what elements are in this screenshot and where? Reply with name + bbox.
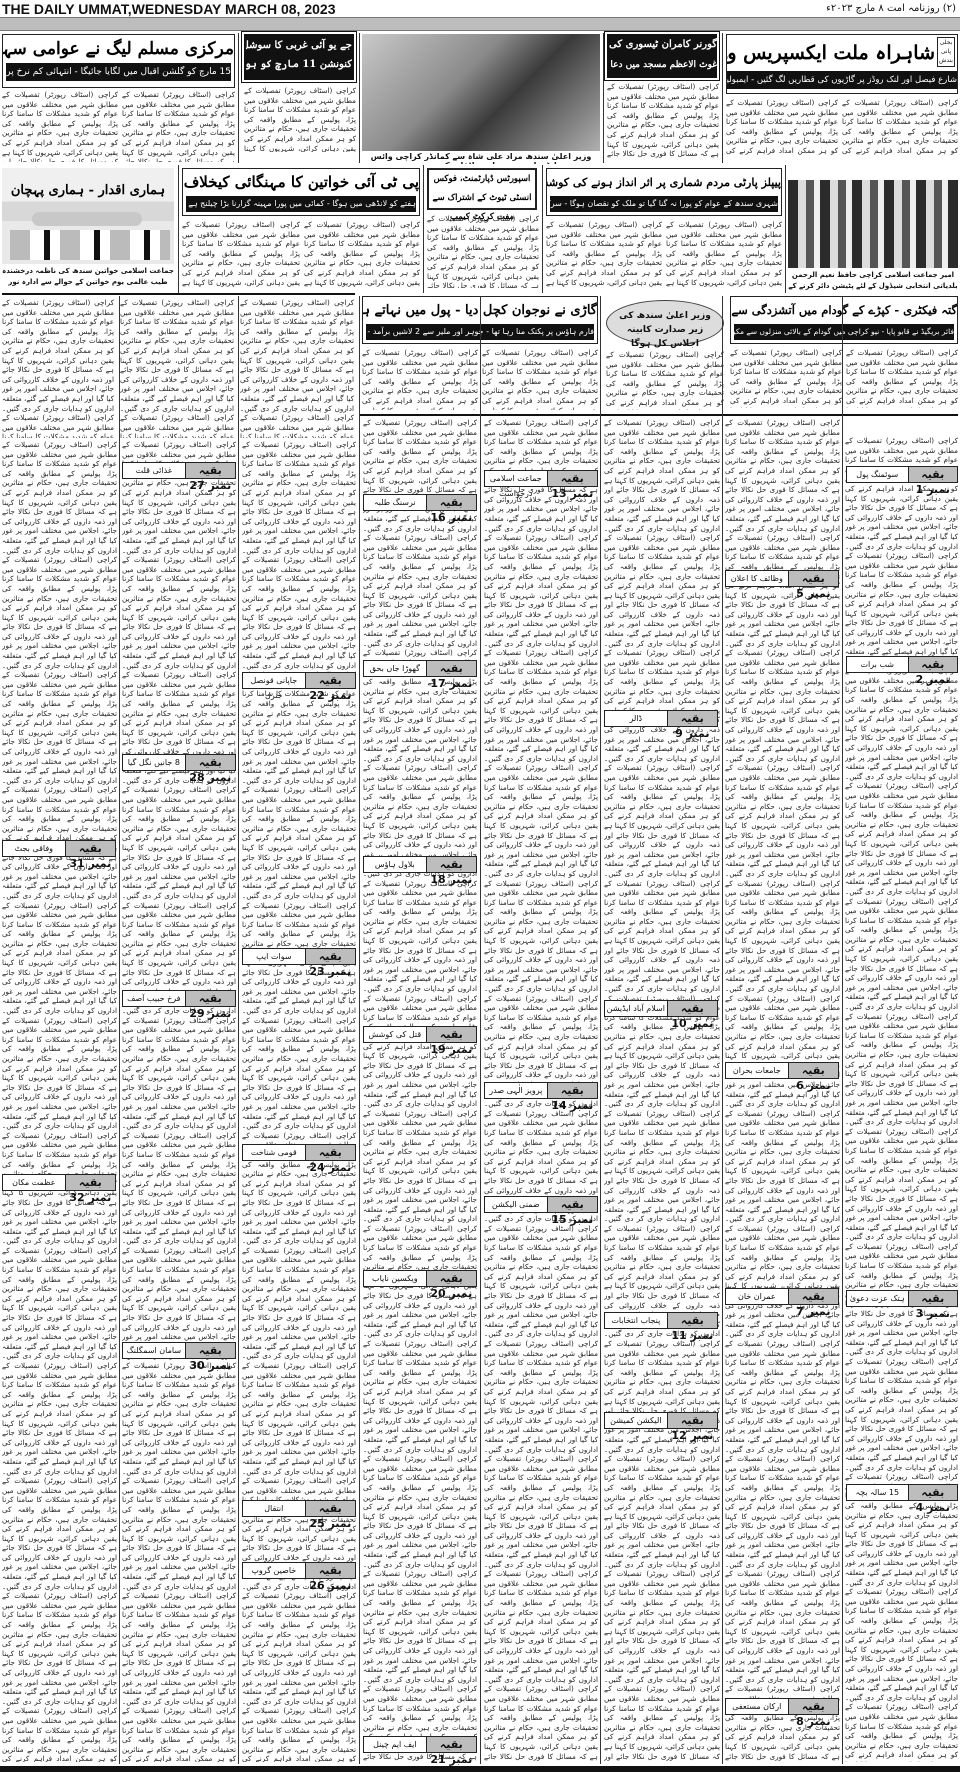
col8-body: کراچی (اسٹاف رپورٹر) تفصیلات کے مطابق شہ… bbox=[845, 436, 958, 1762]
continuation-box-2: بقیہ نمبر 2شب برات bbox=[846, 656, 958, 673]
continuation-box-19: بقیہ نمبر 19قتل کی کوشش bbox=[363, 1026, 477, 1043]
subhead-bar: شہری سندھ کے عوام کو پورا نہ گنا گیا تو … bbox=[550, 196, 778, 212]
story-sports-body: کراچی (اسٹاف رپورٹر) تفصیلات کے مطابق شہ… bbox=[427, 214, 539, 288]
story-governor-body: کراچی (اسٹاف رپورٹر) تفصیلات کے مطابق شہ… bbox=[607, 82, 719, 160]
story-governor: گورنر کامران ٹیسوری کی فیضان غوث الاعظم … bbox=[607, 34, 717, 78]
left-body-col1: کراچی (اسٹاف رپورٹر) تفصیلات کے مطابق شہ… bbox=[2, 298, 114, 438]
story-cabinet-body: کراچی (اسٹاف رپورٹر) تفصیلات کے مطابق شہ… bbox=[606, 350, 724, 410]
continuation-box-8: بقیہ نمبر 8ارکان مستعفی bbox=[725, 1698, 839, 1715]
story-muslim-league-body: کراچی (اسٹاف رپورٹر) تفصیلات کے مطابق شہ… bbox=[2, 90, 118, 162]
story-cabinet-oval: وزیر اعلیٰ سندھ کی زیر صدارت کابینہ اجلا… bbox=[606, 300, 724, 346]
left-body-col3: کراچی (اسٹاف رپورٹر) تفصیلات کے مطابق شہ… bbox=[240, 298, 354, 438]
story-sports-cricket: اسپورٹس ڈپارٹمنٹ، فوکس انسٹی ٹیوٹ کے اشت… bbox=[427, 168, 537, 210]
continuation-box-12: بقیہ نمبر 12الیکشن کمیشن bbox=[604, 1412, 718, 1429]
continuation-box-24: بقیہ نمبر 24قومی شناخت bbox=[242, 1144, 356, 1161]
continuation-box-11: بقیہ نمبر 11پنجاب انتخابات bbox=[604, 1312, 718, 1329]
continuation-box-25: بقیہ نمبر 25انتقال bbox=[242, 1500, 356, 1517]
subhead-bar: 15 مارچ کو گلشن اقبال میں لگایا جائیگا -… bbox=[6, 63, 231, 81]
story-jui-social-media: جے یو آئی غربی کا سوشل میڈیا کنونشن 11 م… bbox=[244, 34, 354, 80]
photo-caption: وزیر اعلیٰ سندھ مراد علی شاہ سے کمانڈر ک… bbox=[362, 152, 600, 164]
continuation-box-1: بقیہ نمبر 1سوئمنگ پول bbox=[846, 466, 958, 483]
jamaat-women-caption: جماعت اسلامی خواتین سندھ کی ناظمہ درخشند… bbox=[2, 266, 174, 288]
col2-body: کراچی (اسٹاف رپورٹر) تفصیلات کے مطابق شہ… bbox=[122, 440, 236, 1762]
headline: جے یو آئی غربی کا سوشل میڈیا bbox=[246, 36, 352, 56]
subhead-bar: شارع فیصل اور لنک روڈز پر گاڑیوں کی قطار… bbox=[727, 71, 957, 89]
english-masthead-title: THE DAILY UMMAT,WEDNESDAY MARCH 08, 2023 bbox=[2, 1, 335, 17]
continuation-box-5: بقیہ نمبر 5وظائف کا اعلان bbox=[725, 570, 839, 587]
story-drowned-body-2: کراچی (اسٹاف رپورٹر) تفصیلات کے مطابق شہ… bbox=[482, 348, 598, 410]
subhead-bar: ہفتے کو لانڈھی میں ہوگا - کمائی میں پورا… bbox=[186, 196, 416, 212]
story-ppp-census: پیپلز پارٹی مردم شماری پر اثر انداز ہونے… bbox=[546, 168, 782, 216]
story-shahrah-body: کراچی (اسٹاف رپورٹر) تفصیلات کے مطابق شہ… bbox=[726, 98, 838, 156]
story-shahrah-body-2: کراچی (اسٹاف رپورٹر) تفصیلات کے مطابق شہ… bbox=[842, 98, 958, 156]
story-muslim-league-body-2: کراچی (اسٹاف رپورٹر) تفصیلات کے مطابق شہ… bbox=[122, 90, 235, 162]
continuation-box-3: بقیہ نمبر 3ہتک عزت دعویٰ bbox=[846, 1290, 958, 1307]
jamaat-women-photo: ہماری اقدار - ہماری پہچان bbox=[2, 168, 174, 264]
col6-body: کراچی (اسٹاف رپورٹر) تفصیلات کے مطابق شہ… bbox=[604, 418, 720, 1762]
continuation-box-28: بقیہ نمبر 288 جانیں نگل گیا bbox=[122, 754, 236, 771]
masthead: THE DAILY UMMAT,WEDNESDAY MARCH 08, 2023… bbox=[0, 0, 960, 18]
story-ppp-body-2: کراچی (اسٹاف رپورٹر) تفصیلات کے مطابق شہ… bbox=[666, 220, 782, 288]
page-bottom-rule bbox=[0, 1766, 960, 1772]
story-jui-body: کراچی (اسٹاف رپورٹر) تفصیلات کے مطابق شہ… bbox=[244, 86, 356, 152]
story-pti-body: کراچی (اسٹاف رپورٹر) تفصیلات کے مطابق شہ… bbox=[182, 220, 300, 288]
continuation-box-10: بقیہ نمبر 10اسلام آباد ایڈیشن bbox=[604, 1000, 718, 1017]
subhead: کنونشن 11 مارچ کو ہوگا bbox=[246, 56, 352, 74]
continuation-box-21: بقیہ نمبر 21ایف ایم چینل bbox=[363, 1736, 477, 1753]
left-body-col2: کراچی (اسٹاف رپورٹر) تفصیلات کے مطابق شہ… bbox=[120, 298, 234, 438]
jamaat-leaders-photo bbox=[788, 180, 958, 268]
continuation-box-22: بقیہ نمبر 22جاپانی قونصل جنرل bbox=[242, 672, 356, 689]
continuation-box-31: بقیہ نمبر 31وفاقی بجٹ bbox=[2, 840, 116, 857]
story-muslim-league: مرکزی مسلم لیگ نے عوامی سہولت بازار کا ا… bbox=[2, 34, 235, 88]
continuation-box-16: بقیہ نمبر 16نرسنگ طلبہ bbox=[363, 494, 477, 511]
subhead-bar: فائر بریگیڈ نے قابو پایا - نیو کراچی میں… bbox=[734, 324, 954, 340]
headline: پیپلز پارٹی مردم شماری پر اثر انداز ہونے… bbox=[547, 169, 781, 196]
continuation-box-9: بقیہ نمبر 9ڈالر bbox=[604, 710, 718, 727]
continuation-box-18: بقیہ نمبر 18بلاول ہاؤس bbox=[363, 856, 477, 873]
story-ppp-body: کراچی (اسٹاف رپورٹر) تفصیلات کے مطابق شہ… bbox=[546, 220, 662, 288]
continuation-box-26: بقیہ نمبر 26خاصین گروپ bbox=[242, 1562, 356, 1579]
continuation-box-4: بقیہ نمبر 415 سالہ بچہ bbox=[846, 1484, 958, 1501]
subhead: غوث الاعظم مسجد میں دعا میں شرکت bbox=[607, 56, 717, 74]
continuation-box-30: بقیہ نمبر 30سامان اسمگلنگ bbox=[122, 1342, 236, 1359]
story-pti-women: پی ٹی آئی خواتین کا مہنگائی کیخلاف احتجا… bbox=[182, 168, 420, 216]
continuation-box-29: بقیہ نمبر 29فرخ حبیب آصف bbox=[122, 990, 236, 1007]
continuation-box-7: بقیہ نمبر 7عمران خان bbox=[725, 1288, 839, 1305]
continuation-box-20: بقیہ نمبر 20ویکسین نایاب bbox=[363, 1270, 477, 1287]
headline: پی ٹی آئی خواتین کا مہنگائی کیخلاف احتجا… bbox=[183, 169, 419, 196]
continuation-box-17: بقیہ نمبر 17گھوڑا جاں بحق bbox=[363, 660, 477, 677]
continuation-box-23: بقیہ نمبر 23سوات ایپ bbox=[242, 948, 356, 965]
jamaat-leaders-caption: امیر جماعت اسلامی کراچی حافظ نعیم الرحمن… bbox=[788, 270, 958, 292]
col1-body: کراچی (اسٹاف رپورٹر) تفصیلات کے مطابق شہ… bbox=[2, 440, 117, 1762]
story-drowned-body: کراچی (اسٹاف رپورٹر) تفصیلات کے مطابق شہ… bbox=[362, 348, 478, 410]
col4-body: کراچی (اسٹاف رپورٹر) تفصیلات کے مطابق شہ… bbox=[363, 418, 477, 1762]
continuation-box-6: بقیہ نمبر 6جامعات بحران bbox=[725, 1062, 839, 1079]
cm-commander-photo bbox=[362, 34, 600, 151]
story-pti-body-2: کراچی (اسٹاف رپورٹر) تفصیلات کے مطابق شہ… bbox=[304, 220, 420, 288]
headline: مرکزی مسلم لیگ نے عوامی سہولت بازار کا ا… bbox=[3, 35, 234, 63]
side-tag: بجلی پانی بندش bbox=[937, 37, 955, 67]
continuation-box-32: بقیہ نمبر 32عظمت مکان bbox=[2, 1174, 116, 1191]
headline: گورنر کامران ٹیسوری کی فیضان bbox=[607, 34, 717, 56]
story-fire-body-2: کراچی (اسٹاف رپورٹر) تفصیلات کے مطابق شہ… bbox=[846, 348, 958, 408]
headline: شاہراہ ملت ایکسپریس وے پر احتجاج سے ٹریف… bbox=[727, 35, 935, 71]
headline: گتہ فیکٹری - کپڑے کے گودام میں آتشزدگی س… bbox=[731, 297, 957, 324]
photo-banner: ہماری اقدار - ہماری پہچان bbox=[2, 180, 174, 202]
urdu-dateline: (۲) روزنامہ امت ۸ مارچ ۲۰۲۳ء bbox=[826, 3, 956, 14]
story-fire-body: کراچی (اسٹاف رپورٹر) تفصیلات کے مطابق شہ… bbox=[730, 348, 842, 408]
story-shahrah-e-millat: بجلی پانی بندش شاہراہ ملت ایکسپریس وے پر… bbox=[726, 34, 958, 94]
header-band bbox=[0, 17, 960, 31]
continuation-box-14: بقیہ نمبر 14پرویز الٰہی صدر bbox=[484, 1082, 598, 1099]
continuation-box-27: بقیہ نمبر 27غذائی قلت bbox=[122, 462, 236, 479]
continuation-box-13: بقیہ نمبر 13جماعت اسلامی درخواست bbox=[484, 470, 598, 487]
story-fire: گتہ فیکٹری - کپڑے کے گودام میں آتشزدگی س… bbox=[730, 296, 958, 344]
continuation-box-15: بقیہ نمبر 15ضمنی الیکشن bbox=[484, 1196, 598, 1213]
